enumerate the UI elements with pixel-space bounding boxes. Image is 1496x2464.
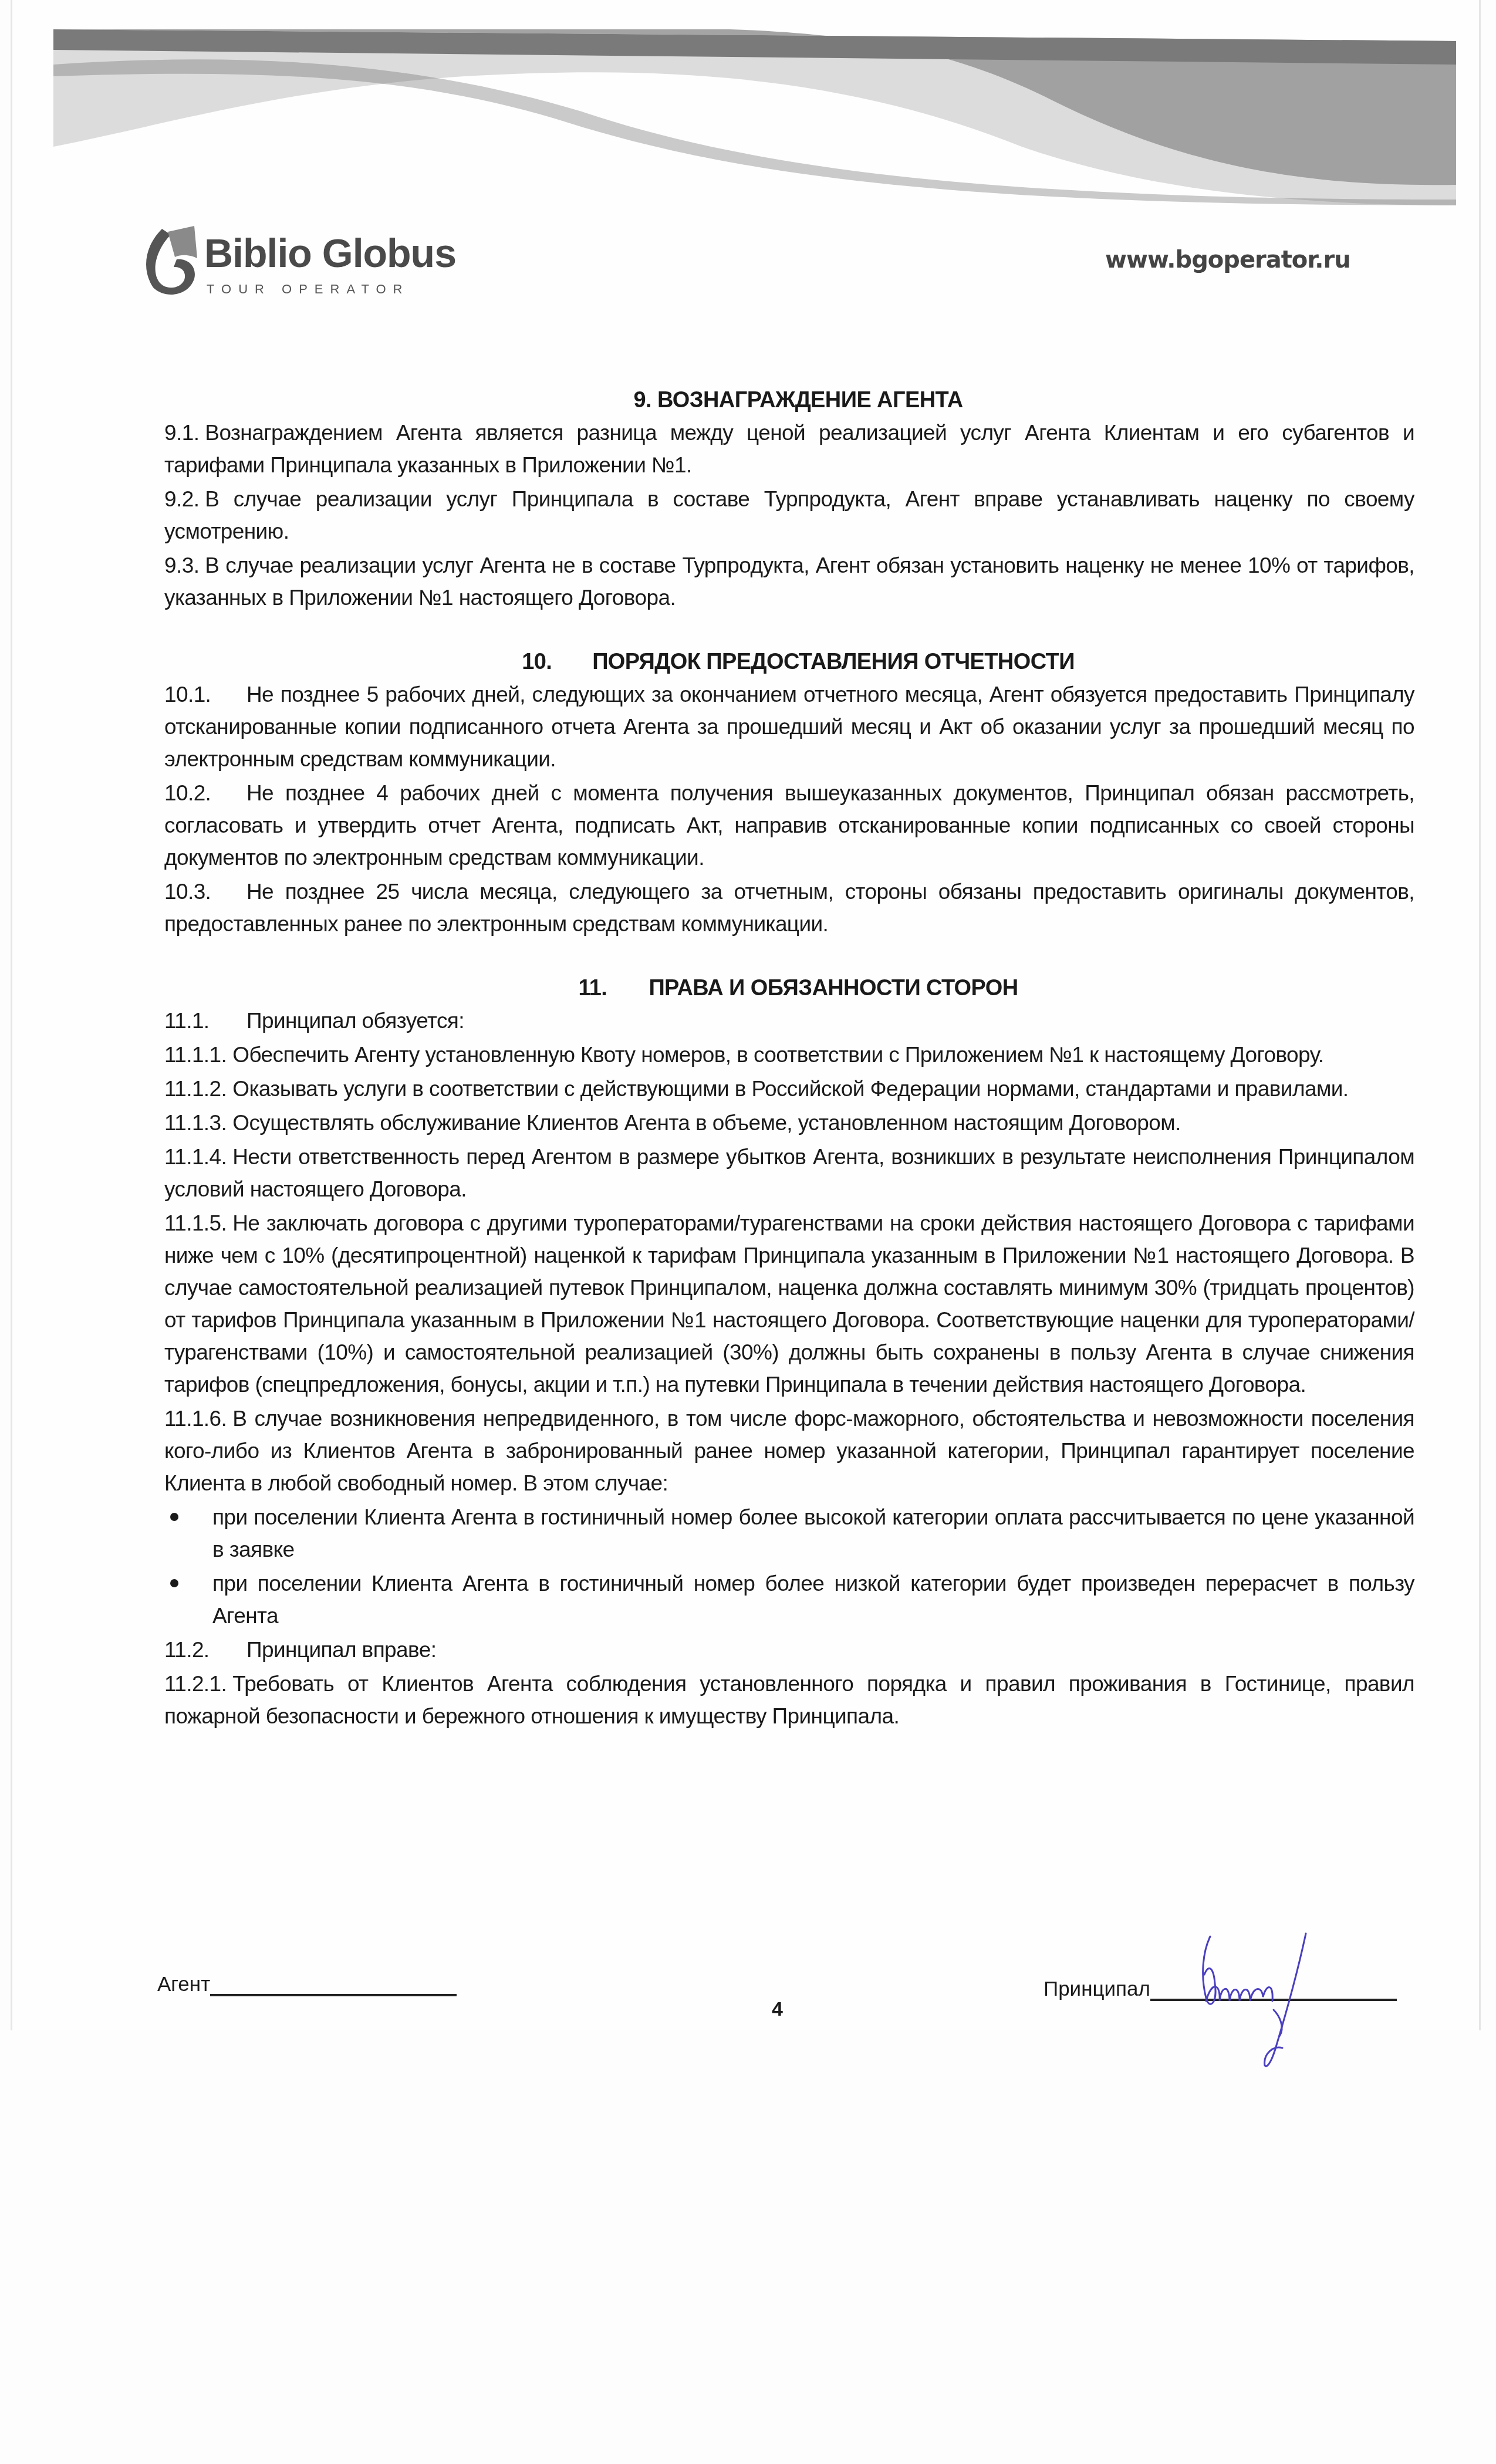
clause-number: 9.1. [164, 417, 199, 449]
clause-9-3: 9.3.В случае реализации услуг Агента не … [164, 549, 1414, 614]
clause-text: Не заключать договора с другими туропера… [164, 1211, 1414, 1397]
handwritten-signature-icon [1197, 1928, 1315, 2074]
header-wave-banner [53, 29, 1456, 205]
agent-signature-field: Агент [157, 1973, 457, 1996]
section-number: 9. [633, 384, 651, 417]
clause-text: Принципал обязуется: [246, 1009, 464, 1033]
bullet-icon [170, 1579, 178, 1587]
clause-9-1: 9.1.Вознаграждением Агента является разн… [164, 417, 1414, 481]
bullet-item: при поселении Клиента Агента в гостиничн… [164, 1501, 1414, 1566]
clause-text: Оказывать услуги в соответствии с действ… [232, 1077, 1348, 1101]
logo-subtitle: TOUR OPERATOR [207, 282, 409, 297]
bullet-text: при поселении Клиента Агента в гостиничн… [212, 1505, 1414, 1561]
section-heading: ВОЗНАГРАЖДЕНИЕ АГЕНТА [657, 388, 963, 413]
clause-number: 10.1. [164, 678, 246, 711]
clause-11-1-3: 11.1.3.Осуществлять обслуживание Клиенто… [164, 1107, 1414, 1139]
clause-text: В случае реализации услуг Принципала в с… [164, 487, 1414, 543]
clause-text: Требовать от Клиентов Агента соблюдения … [164, 1672, 1414, 1728]
clause-9-2: 9.2.В случае реализации услуг Принципала… [164, 483, 1414, 547]
clause-10-2: 10.2.Не позднее 4 рабочих дней с момента… [164, 777, 1414, 874]
section-10-title: 10.ПОРЯДОК ПРЕДОСТАВЛЕНИЯ ОТЧЕТНОСТИ [164, 646, 1414, 678]
clause-number: 11.2. [164, 1634, 246, 1666]
clause-11-1-5: 11.1.5.Не заключать договора с другими т… [164, 1207, 1414, 1401]
clause-10-1: 10.1.Не позднее 5 рабочих дней, следующи… [164, 678, 1414, 775]
document-body: 9.ВОЗНАГРАЖДЕНИЕ АГЕНТА 9.1.Вознагражден… [164, 384, 1414, 1734]
clause-number: 11.1. [164, 1005, 246, 1037]
company-logo: Biblio Globus TOUR OPERATOR [139, 214, 491, 302]
principal-label: Принципал [1044, 1978, 1150, 2000]
clause-number: 11.1.3. [164, 1107, 227, 1139]
clause-text: Не позднее 25 числа месяца, следующего з… [164, 880, 1414, 936]
clause-number: 11.1.4. [164, 1141, 227, 1173]
section-number: 10. [522, 646, 592, 678]
clause-text: Не позднее 5 рабочих дней, следующих за … [164, 682, 1414, 771]
website-link[interactable]: www.bgoperator.ru [1105, 246, 1350, 273]
agent-label: Агент [157, 1973, 210, 1996]
clause-text: Нести ответственность перед Агентом в ра… [164, 1145, 1414, 1201]
clause-number: 11.1.2. [164, 1073, 227, 1105]
clause-text: В случае реализации услуг Агента не в со… [164, 553, 1414, 610]
bullet-text: при поселении Клиента Агента в гостиничн… [212, 1571, 1414, 1628]
clause-number: 11.1.1. [164, 1039, 227, 1071]
section-11-title: 11.ПРАВА И ОБЯЗАННОСТИ СТОРОН [164, 972, 1414, 1005]
clause-text: Вознаграждением Агента является разница … [164, 421, 1414, 477]
logo-name: Biblio Globus [204, 231, 456, 276]
clause-10-3: 10.3.Не позднее 25 числа месяца, следующ… [164, 876, 1414, 940]
clause-11-1-2: 11.1.2.Оказывать услуги в соответствии с… [164, 1073, 1414, 1105]
clause-11-2-1: 11.2.1.Требовать от Клиентов Агента собл… [164, 1668, 1414, 1732]
clause-11-1-1: 11.1.1.Обеспечить Агенту установленную К… [164, 1039, 1414, 1071]
clause-11-1-4: 11.1.4.Нести ответственность перед Агент… [164, 1141, 1414, 1205]
clause-number: 11.1.5. [164, 1207, 227, 1239]
clause-number: 9.2. [164, 483, 199, 515]
clause-11-1-6: 11.1.6.В случае возникновения непредвиде… [164, 1402, 1414, 1499]
agent-signature-line [210, 1976, 457, 1996]
section-number: 11. [578, 972, 649, 1005]
bullet-item: при поселении Клиента Агента в гостиничн… [164, 1567, 1414, 1632]
page-number: 4 [772, 1998, 783, 2021]
logo-mark-icon [139, 223, 206, 299]
section-9-title: 9.ВОЗНАГРАЖДЕНИЕ АГЕНТА [164, 384, 1414, 417]
clause-11-1: 11.1.Принципал обязуется: [164, 1005, 1414, 1037]
clause-number: 11.1.6. [164, 1402, 227, 1435]
bullet-icon [170, 1513, 178, 1521]
clause-text: Принципал вправе: [246, 1638, 436, 1662]
clause-text: Не позднее 4 рабочих дней с момента полу… [164, 781, 1414, 870]
section-heading: ПОРЯДОК ПРЕДОСТАВЛЕНИЯ ОТЧЕТНОСТИ [592, 650, 1075, 674]
clause-number: 10.2. [164, 777, 246, 809]
clause-11-2: 11.2.Принципал вправе: [164, 1634, 1414, 1666]
bullet-list: при поселении Клиента Агента в гостиничн… [164, 1501, 1414, 1632]
clause-number: 10.3. [164, 876, 246, 908]
clause-text: Обеспечить Агенту установленную Квоту но… [232, 1043, 1323, 1067]
clause-number: 9.3. [164, 549, 199, 582]
clause-number: 11.2.1. [164, 1668, 227, 1700]
clause-text: Осуществлять обслуживание Клиентов Агент… [232, 1111, 1180, 1135]
section-heading: ПРАВА И ОБЯЗАННОСТИ СТОРОН [649, 976, 1018, 1001]
clause-text: В случае возникновения непредвиденного, … [164, 1407, 1414, 1495]
